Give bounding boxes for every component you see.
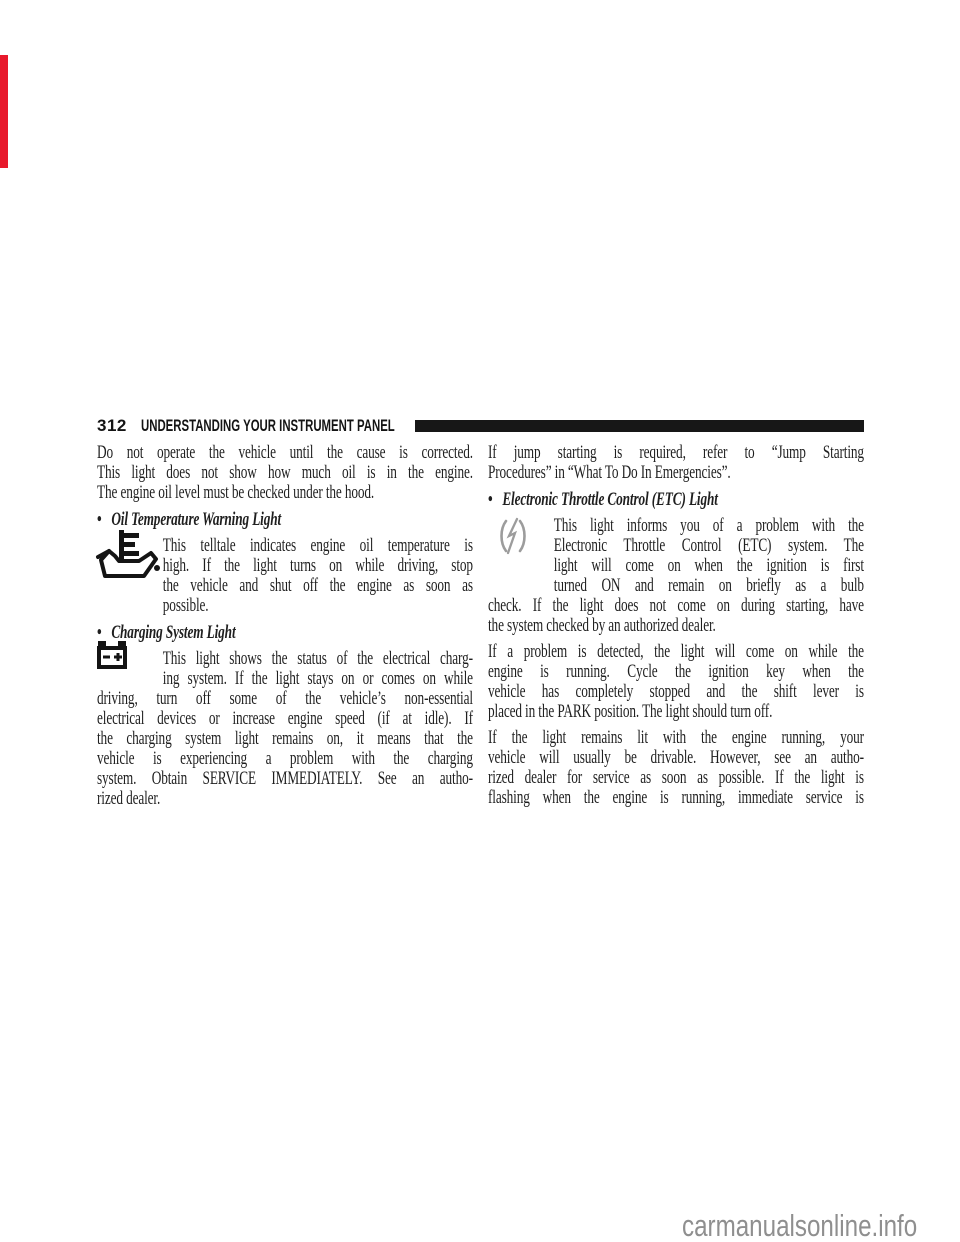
page-number: 312 bbox=[97, 416, 127, 436]
page-header: 312 UNDERSTANDING YOUR INSTRUMENT PANEL bbox=[97, 416, 864, 436]
section-heading-label: Electronic Throttle Control (ETC) Light bbox=[502, 489, 717, 510]
text-line: the charging system light remains on, it… bbox=[97, 729, 473, 749]
text-line: electrical devices or increase engine sp… bbox=[97, 709, 473, 729]
paragraph: If a problem is detected, the light will… bbox=[488, 642, 864, 722]
text-line: If the light remains lit with the engine… bbox=[488, 728, 864, 748]
icon-paragraph: This light informs you of a problem with… bbox=[488, 516, 864, 636]
electronic-throttle-control-icon bbox=[495, 516, 531, 556]
right-text-column: If jump starting is required, refer to “… bbox=[488, 443, 864, 814]
text-line: If jump starting is required, refer to “… bbox=[488, 443, 864, 463]
paragraph: If jump starting is required, refer to “… bbox=[488, 443, 864, 483]
text-line: vehicle is experiencing a problem with t… bbox=[97, 749, 473, 769]
text-line: ing system. If the light stays on or com… bbox=[97, 669, 473, 689]
text-line: This light informs you of a problem with… bbox=[488, 516, 864, 536]
charging-system-battery-icon bbox=[95, 641, 129, 671]
oil-temperature-warning-icon bbox=[95, 530, 161, 588]
text-line: vehicle will usually be drivable. Howeve… bbox=[488, 748, 864, 768]
paragraph: If the light remains lit with the engine… bbox=[488, 728, 864, 808]
section-heading: •Oil Temperature Warning Light bbox=[97, 509, 473, 531]
text-line: This light shows the status of the elect… bbox=[97, 649, 473, 669]
text-line: If a problem is detected, the light will… bbox=[488, 642, 864, 662]
text-line: flashing when the engine is running, imm… bbox=[488, 788, 864, 808]
icon-paragraph: This light shows the status of the elect… bbox=[97, 649, 473, 809]
text-line: check. If the light does not come on dur… bbox=[488, 596, 864, 616]
text-line: possible. bbox=[97, 596, 473, 616]
text-line: placed in the PARK position. The light s… bbox=[488, 702, 864, 722]
bullet-icon: • bbox=[97, 622, 102, 643]
text-line: Electronic Throttle Control (ETC) system… bbox=[488, 536, 864, 556]
section-heading-label: Oil Temperature Warning Light bbox=[111, 509, 281, 530]
text-line: Do not operate the vehicle until the cau… bbox=[97, 443, 473, 463]
watermark: carmanualsonline.info bbox=[682, 1208, 917, 1242]
text-line: turned ON and remain on briefly as a bul… bbox=[488, 576, 864, 596]
text-line: The engine oil level must be checked und… bbox=[97, 483, 473, 503]
manual-page: 312 UNDERSTANDING YOUR INSTRUMENT PANEL … bbox=[0, 0, 960, 1242]
page-title-wrap: UNDERSTANDING YOUR INSTRUMENT PANEL bbox=[141, 416, 405, 436]
text-line: rized dealer for service as soon as poss… bbox=[488, 768, 864, 788]
left-text-column: Do not operate the vehicle until the cau… bbox=[97, 443, 473, 815]
text-line: Procedures” in “What To Do In Emergencie… bbox=[488, 463, 864, 483]
section-heading-label: Charging System Light bbox=[111, 622, 235, 643]
text-line: light will come on when the ignition is … bbox=[488, 556, 864, 576]
text-line: driving, turn off some of the vehicle’s … bbox=[97, 689, 473, 709]
bullet-icon: • bbox=[488, 489, 493, 510]
text-line: rized dealer. bbox=[97, 789, 473, 809]
page-title: UNDERSTANDING YOUR INSTRUMENT PANEL bbox=[141, 416, 395, 436]
text-line: the system checked by an authorized deal… bbox=[488, 616, 864, 636]
paragraph: Do not operate the vehicle until the cau… bbox=[97, 443, 473, 503]
text-line: vehicle has completely stopped and the s… bbox=[488, 682, 864, 702]
red-bookmark-stripe bbox=[0, 55, 8, 168]
text-line: engine is running. Cycle the ignition ke… bbox=[488, 662, 864, 682]
bullet-icon: • bbox=[97, 509, 102, 530]
section-heading: •Electronic Throttle Control (ETC) Light bbox=[488, 489, 864, 511]
section-heading: •Charging System Light bbox=[97, 622, 473, 644]
text-line: system. Obtain SERVICE IMMEDIATELY. See … bbox=[97, 769, 473, 789]
header-rule-bar bbox=[415, 420, 864, 432]
text-line: This light does not show how much oil is… bbox=[97, 463, 473, 483]
